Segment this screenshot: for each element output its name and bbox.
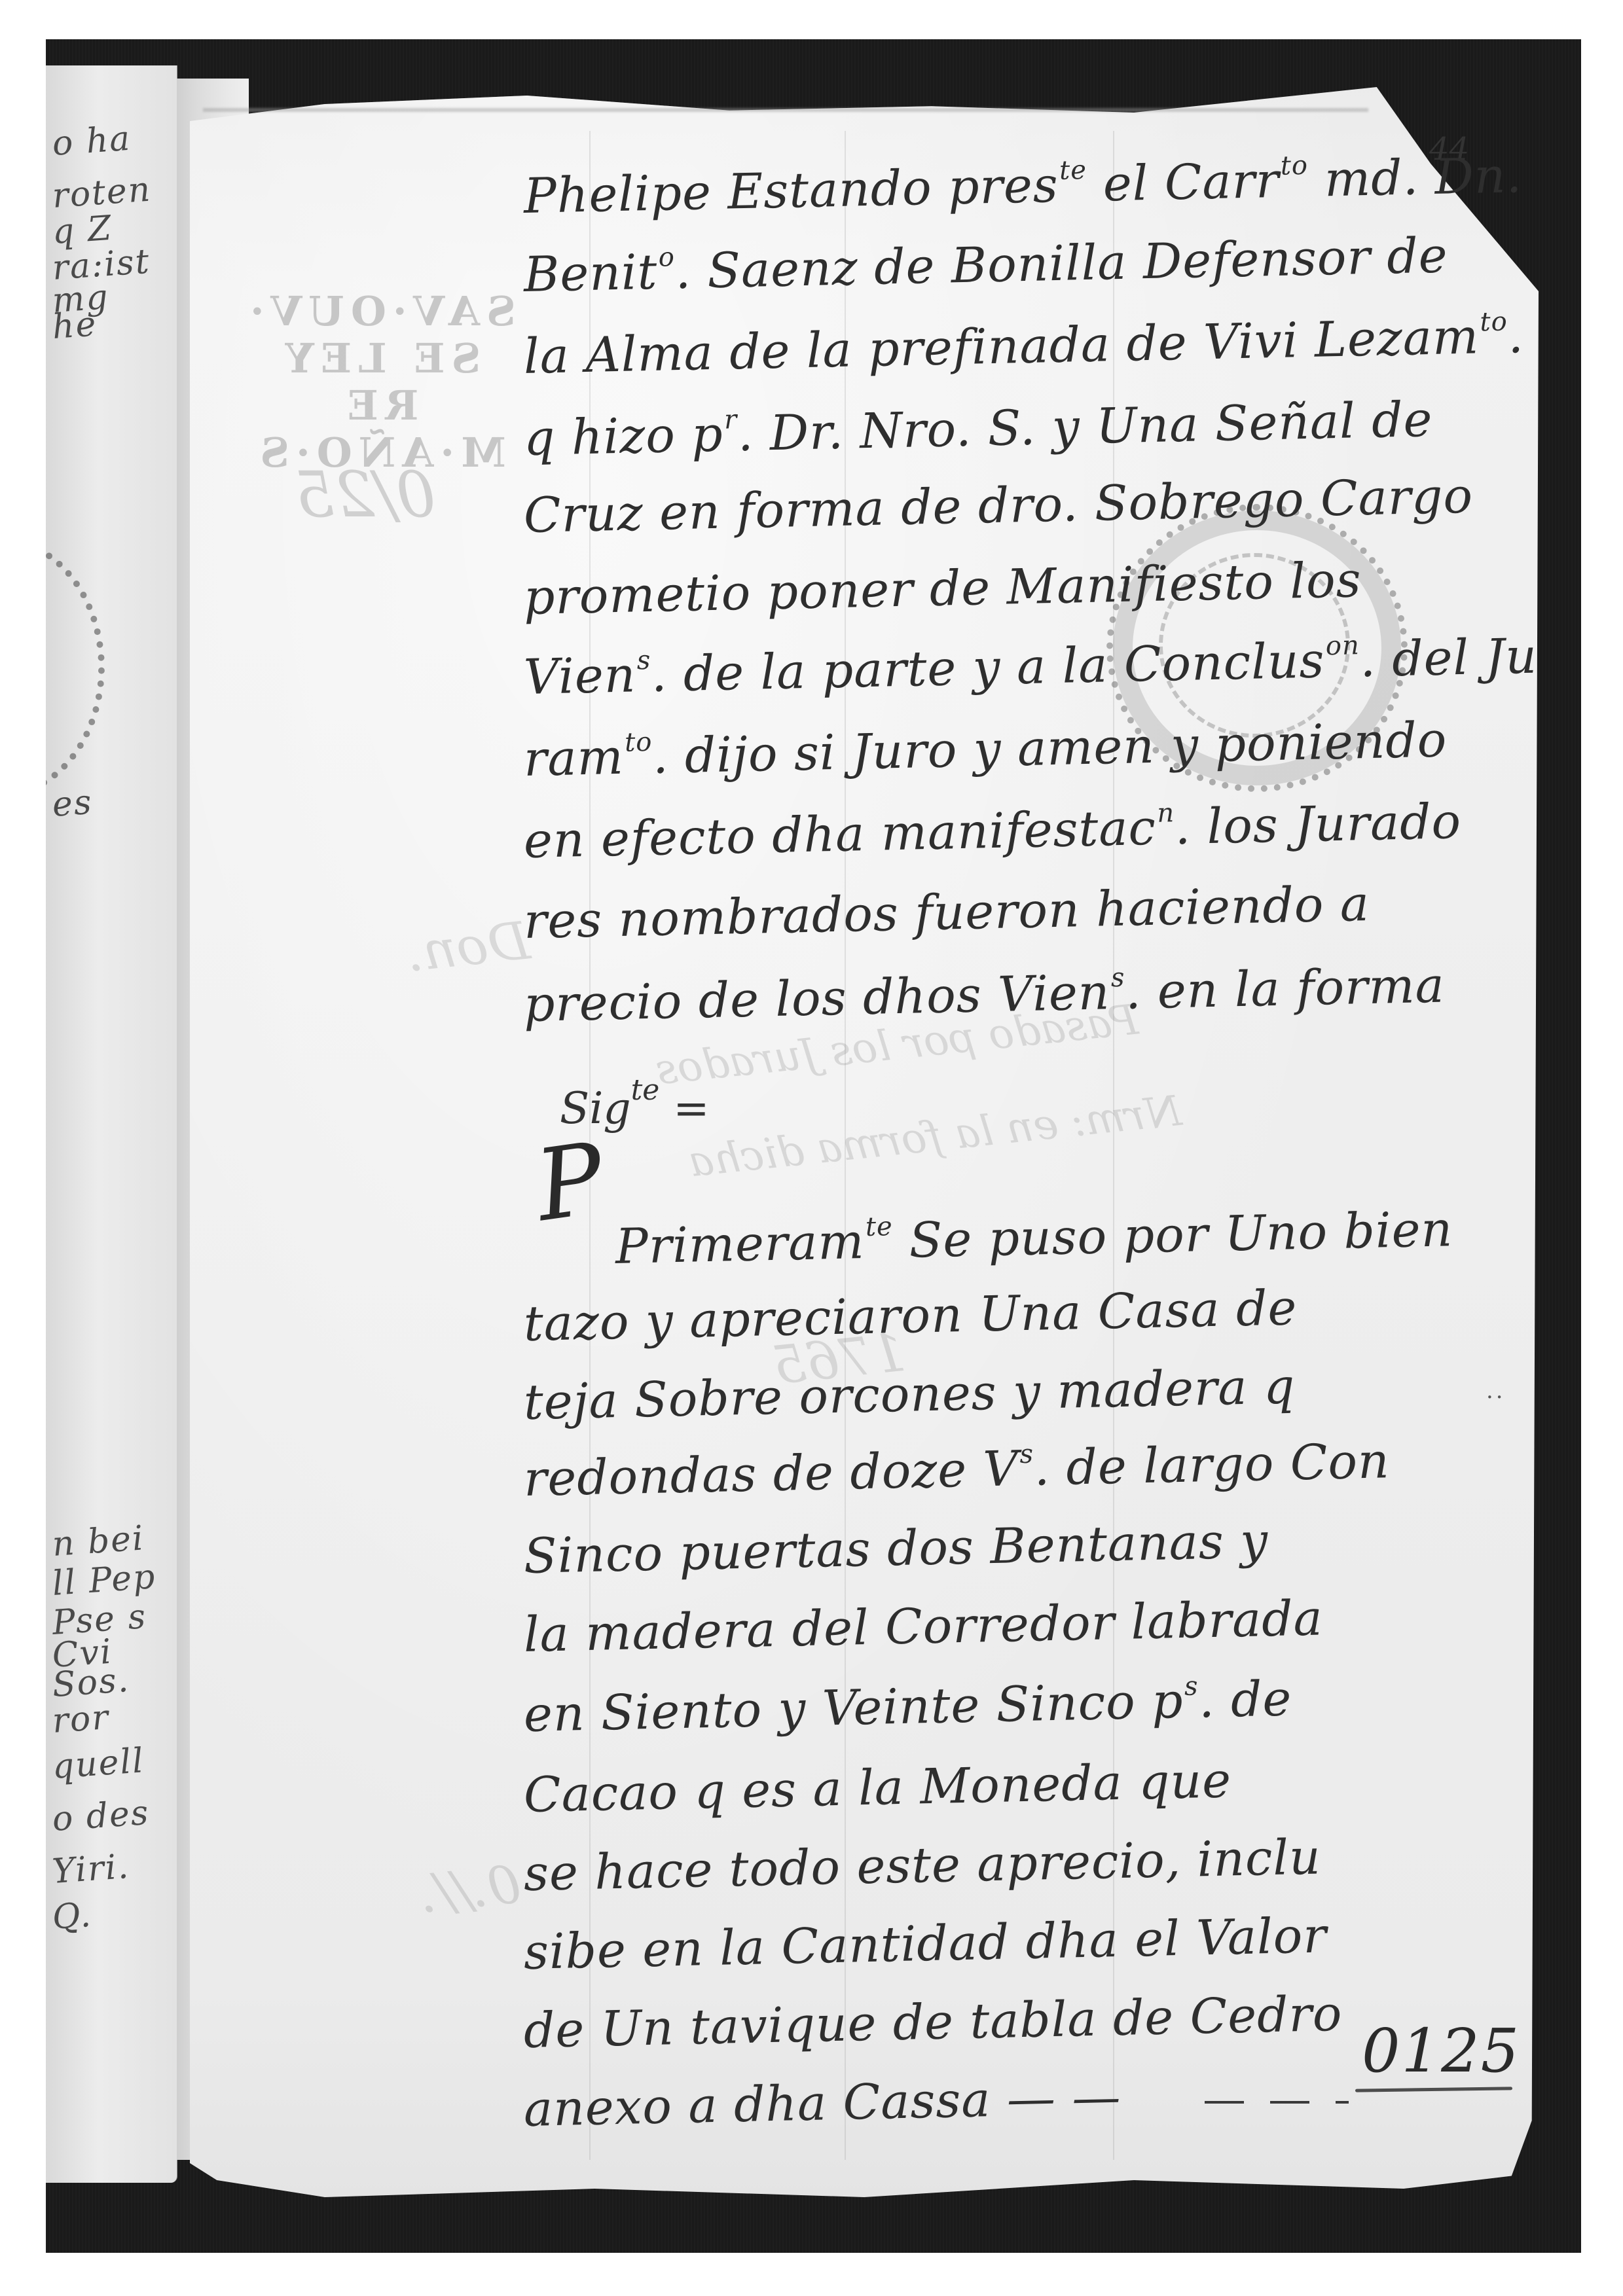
left-page-seal	[46, 537, 105, 798]
line-text: Primeram	[615, 1213, 865, 1275]
left-page-fragment: n bei	[51, 1518, 146, 1564]
left-page-fragment: o ha	[51, 119, 132, 164]
superscript-abbrev: r	[724, 404, 738, 435]
left-page-fragment: quell	[51, 1741, 146, 1787]
superscript-abbrev: o	[658, 242, 675, 273]
superscript-abbrev: te	[1059, 155, 1087, 186]
line-filler-dashes	[1205, 2101, 1349, 2104]
line-text: el Carr	[1086, 152, 1280, 213]
bleed-through-printed-header: SAV·OUV· SE LEY RE M·AÑO·S	[242, 288, 517, 476]
superscript-abbrev: s	[636, 645, 651, 675]
left-page-fragment: Yiri.	[51, 1847, 131, 1892]
line-text: q hizo p	[523, 406, 723, 467]
left-page-fragment: es	[51, 783, 94, 825]
superscript-abbrev: on	[1325, 630, 1360, 661]
left-facing-page: o ha roten q Z ra:ist mg he es n bei ll …	[46, 65, 177, 2183]
superscript-abbrev: te	[631, 1073, 660, 1107]
left-page-fragment: he	[51, 304, 98, 347]
line-text: redondas de doze V	[523, 1441, 1019, 1507]
margin-dots: ··	[1486, 1384, 1506, 1410]
appraisal-amount: 0125	[1362, 2016, 1520, 2086]
superscript-abbrev: to	[1280, 151, 1308, 181]
page-top-edge	[203, 108, 1368, 112]
superscript-abbrev: te	[865, 1211, 893, 1242]
superscript-abbrev: to	[1480, 307, 1508, 338]
superscript-abbrev: s	[1110, 963, 1125, 993]
line-text: . los Jurado	[1175, 793, 1462, 855]
line-text: anexo a dha Cassa	[523, 2072, 991, 2138]
left-page-fragment: Sos.	[51, 1660, 131, 1705]
left-page-fragment: ror	[51, 1698, 111, 1741]
line-text: Benit	[523, 244, 658, 303]
superscript-abbrev: n	[1157, 798, 1175, 829]
line-text: Vien	[523, 647, 636, 706]
line-text: . de largo Con	[1034, 1433, 1391, 1496]
superscript-abbrev: s	[1184, 1671, 1199, 1701]
left-page-fragment: ll Pep	[51, 1557, 157, 1604]
line-text: — —	[990, 2069, 1122, 2128]
line-text: Phelipe Estando pres	[523, 157, 1059, 224]
left-page-fragment: Q.	[51, 1895, 94, 1937]
equals-mark: =	[659, 1083, 709, 1134]
bleed-through-text: 0.//.	[416, 1854, 524, 1925]
superscript-abbrev: s	[1019, 1439, 1034, 1469]
line-text: md. Dn.	[1307, 147, 1522, 208]
left-page-fragment: o des	[51, 1793, 151, 1839]
superscript-abbrev: to	[625, 727, 653, 758]
line-text: ram	[523, 729, 624, 787]
line-text: .	[1507, 308, 1524, 364]
line-text: . del Ju	[1359, 628, 1537, 689]
bleed-header-line: SE LEY RE	[242, 335, 517, 429]
line-text: Se puso por Uno bien	[892, 1201, 1453, 1269]
bleed-through-text: Don.	[403, 910, 533, 983]
bleed-header-line: SAV·OUV·	[242, 288, 517, 335]
line-text: . en la forma	[1125, 958, 1446, 1020]
line-text: . de	[1198, 1670, 1292, 1729]
bleed-through-amount: 0/25	[295, 458, 436, 531]
